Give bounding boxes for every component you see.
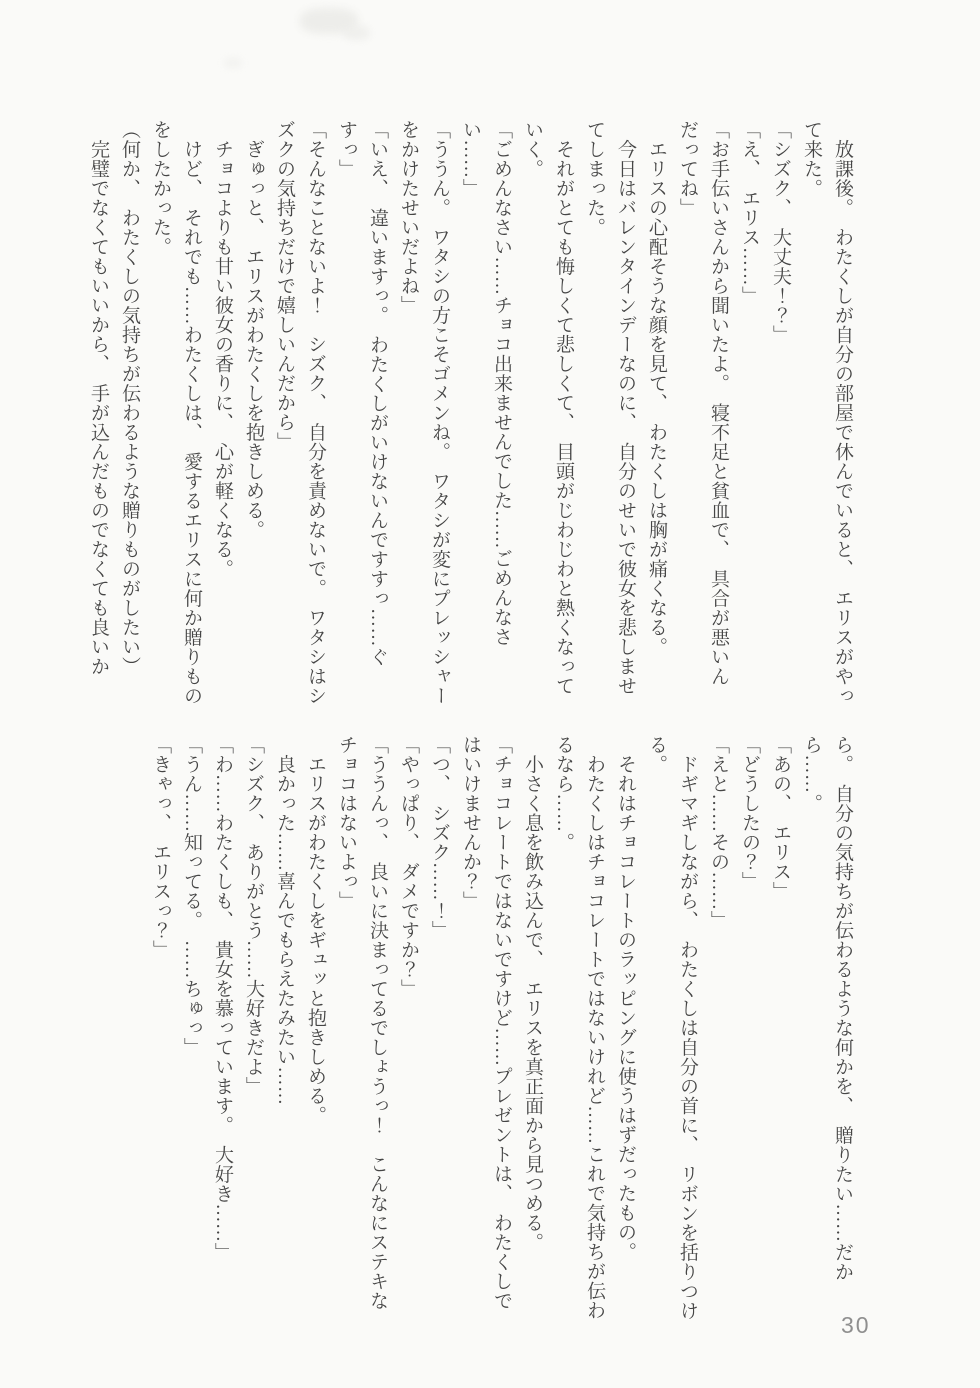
text-band-top: 放課後。 わたくしが自分の部屋で休んでいると、 エリスがやって来た。「シズク、 … [83, 120, 858, 708]
scan-smudge [344, 26, 370, 40]
paragraph: 今日はバレンタインデーなのに、 自分のせいで彼女を悲しませてしまった。 [579, 120, 641, 708]
paragraph: （何か、 わたくしの気持ちが伝わるような贈りものがしたい） [114, 120, 145, 708]
scan-smudge [224, 58, 242, 68]
paragraph: 「チョコレートではないですけど……プレゼントは、 わたくしではいけませんか？」 [455, 735, 517, 1323]
paragraph: 「えと……その……」 [703, 735, 734, 1323]
paragraph: 「どうしたの？」 [734, 735, 765, 1323]
paragraph: 「あの、 エリス」 [765, 735, 796, 1323]
paragraph: 「お手伝いさんから聞いたよ。 寝不足と貧血で、 具合が悪いんだってね」 [672, 120, 734, 708]
page-number: 30 [841, 1312, 871, 1339]
paragraph: わたくしはチョコレートではないけれど……これで気持ちが伝わるなら……。 [548, 735, 610, 1323]
paragraph: チョコよりも甘い彼女の香りに、 心が軽くなる。 [207, 120, 238, 708]
paragraph: 「やっぱり、 ダメですか？」 [393, 735, 424, 1323]
paragraph: 完璧でなくてもいいから、 手が込んだものでなくても良いか [83, 120, 114, 708]
paragraph: 「シズク、 ありがとう……大好きだよ」 [238, 735, 269, 1323]
paragraph: 「つ、 シズク……！」 [424, 735, 455, 1323]
paragraph: それがとても悔しくて悲しくて、 目頭がじわじわと熱くなっていく。 [517, 120, 579, 708]
paragraph: 「わ……わたくしも、 貴女を慕っています。 大好き……」 [207, 735, 238, 1323]
text-band-bottom: ら。 自分の気持ちが伝わるような何かを、 贈りたい……だから……。「あの、 エリ… [145, 735, 858, 1323]
paragraph: 「うん……知ってる。 ……ちゅっ」 [176, 735, 207, 1323]
paragraph: ぎゅっと、 エリスがわたくしを抱きしめる。 [238, 120, 269, 708]
paragraph: 「きゃっ、 エリスっ？」 [145, 735, 176, 1323]
paragraph: 「え、 エリス……」 [734, 120, 765, 708]
novel-page: 放課後。 わたくしが自分の部屋で休んでいると、 エリスがやって来た。「シズク、 … [0, 0, 980, 1388]
paragraph: 小さく息を飲み込んで、 エリスを真正面から見つめる。 [517, 735, 548, 1323]
paragraph: エリスの心配そうな顔を見て、 わたくしは胸が痛くなる。 [641, 120, 672, 708]
paragraph: 放課後。 わたくしが自分の部屋で休んでいると、 エリスがやって来た。 [796, 120, 858, 708]
paragraph: 「ごめんなさい……チョコ出来ませんでした……ごめんなさい……」 [455, 120, 517, 708]
paragraph: 「いえ、 違いますっ。 わたくしがいけないんですすっ……ぐすっ」 [331, 120, 393, 708]
paragraph: 「ううんっ、 良いに決まってるでしょうっ！ こんなにステキなチョコはないよっ」 [331, 735, 393, 1323]
paragraph: 「ううん。 ワタシの方こそゴメンね。 ワタシが変にプレッシャーをかけたせいだよね… [393, 120, 455, 708]
paragraph: それはチョコレートのラッピングに使うはずだったもの。 [610, 735, 641, 1323]
paragraph: ら。 自分の気持ちが伝わるような何かを、 贈りたい……だから……。 [796, 735, 858, 1323]
paragraph: 「シズク、 大丈夫！？」 [765, 120, 796, 708]
paragraph: 「そんなことないよ！ シズク、 自分を責めないで。 ワタシはシズクの気持ちだけで… [269, 120, 331, 708]
paragraph: ドギマギしながら、 わたくしは自分の首に、 リボンを括りつける。 [641, 735, 703, 1323]
paragraph: エリスがわたくしをギュッと抱きしめる。 [300, 735, 331, 1323]
paragraph: けど、 それでも……わたくしは、 愛するエリスに何か贈りものをしたかった。 [145, 120, 207, 708]
paragraph: 良かった……喜んでもらえたみたい…… [269, 735, 300, 1323]
